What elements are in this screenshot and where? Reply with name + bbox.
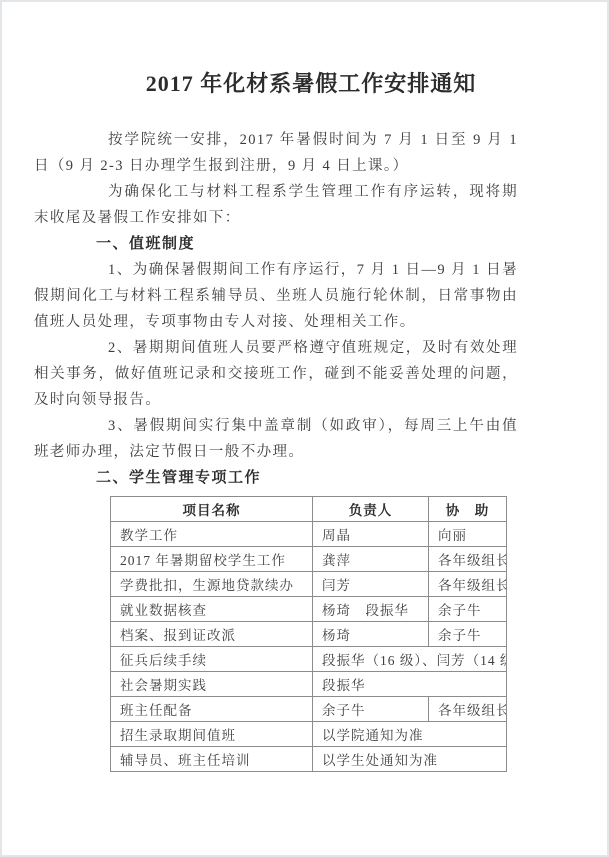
table-row: 教学工作 周晶 向丽 — [111, 522, 507, 547]
column-header-project: 项目名称 — [111, 497, 313, 522]
cell-lead: 杨琦 段振华 — [313, 597, 429, 622]
cell-assist: 余子牛 — [429, 622, 507, 647]
cell-assist: 各年级组长 — [429, 547, 507, 572]
cell-project: 2017 年暑期留校学生工作 — [111, 547, 313, 572]
cell-lead-merged: 以学生处通知为准 — [313, 747, 507, 772]
table-row: 档案、报到证改派 杨琦 余子牛 — [111, 622, 507, 647]
table-row: 班主任配备 余子牛 各年级组长 — [111, 697, 507, 722]
work-assignment-table: 项目名称 负责人 协 助 教学工作 周晶 向丽 2017 年暑期留校学生工作 龚… — [110, 496, 507, 772]
section1-item-3: 3、暑假期间实行集中盖章制（如政审），每周三上午由值班老师办理，法定节假日一般不… — [34, 413, 518, 465]
cell-project: 班主任配备 — [111, 697, 313, 722]
cell-project: 教学工作 — [111, 522, 313, 547]
cell-lead: 杨琦 — [313, 622, 429, 647]
cell-project: 社会暑期实践 — [111, 672, 313, 697]
cell-project: 辅导员、班主任培训 — [111, 747, 313, 772]
cell-assist: 向丽 — [429, 522, 507, 547]
cell-assist: 各年级组长 — [429, 697, 507, 722]
table-row: 社会暑期实践 段振华 — [111, 672, 507, 697]
cell-project: 档案、报到证改派 — [111, 622, 313, 647]
cell-lead: 余子牛 — [313, 697, 429, 722]
section2-heading: 二、学生管理专项工作 — [34, 465, 518, 491]
cell-lead-merged: 段振华 — [313, 672, 507, 697]
column-header-assist: 协 助 — [429, 497, 507, 522]
cell-lead-merged: 段振华（16 级）、闫芳（14 级） — [313, 647, 507, 672]
table-row: 征兵后续手续 段振华（16 级）、闫芳（14 级） — [111, 647, 507, 672]
table-row: 2017 年暑期留校学生工作 龚萍 各年级组长 — [111, 547, 507, 572]
cell-project: 学费批扣，生源地贷款续办 — [111, 572, 313, 597]
cell-project: 招生录取期间值班 — [111, 722, 313, 747]
table-header-row: 项目名称 负责人 协 助 — [111, 497, 507, 522]
cell-lead: 闫芳 — [313, 572, 429, 597]
document-title: 2017 年化材系暑假工作安排通知 — [104, 68, 518, 100]
cell-lead: 周晶 — [313, 522, 429, 547]
cell-lead: 龚萍 — [313, 547, 429, 572]
cell-lead-merged: 以学院通知为准 — [313, 722, 507, 747]
column-header-lead: 负责人 — [313, 497, 429, 522]
table-row: 学费批扣，生源地贷款续办 闫芳 各年级组长 — [111, 572, 507, 597]
table-row: 招生录取期间值班 以学院通知为准 — [111, 722, 507, 747]
table-row: 就业数据核查 杨琦 段振华 余子牛 — [111, 597, 507, 622]
section1-item-2: 2、暑期期间值班人员要严格遵守值班规定，及时有效处理相关事务，做好值班记录和交接… — [34, 335, 518, 413]
cell-assist: 余子牛 — [429, 597, 507, 622]
intro-paragraph-2: 为确保化工与材料工程系学生管理工作有序运转，现将期末收尾及暑假工作安排如下： — [34, 179, 518, 231]
cell-project: 征兵后续手续 — [111, 647, 313, 672]
cell-project: 就业数据核查 — [111, 597, 313, 622]
section1-heading: 一、值班制度 — [34, 231, 518, 257]
intro-paragraph-1: 按学院统一安排，2017 年暑假时间为 7 月 1 日至 9 月 1 日（9 月… — [34, 127, 518, 179]
document-page: 2017 年化材系暑假工作安排通知 按学院统一安排，2017 年暑假时间为 7 … — [0, 0, 609, 857]
cell-assist: 各年级组长 — [429, 572, 507, 597]
table-row: 辅导员、班主任培训 以学生处通知为准 — [111, 747, 507, 772]
section1-item-1: 1、为确保暑假期间工作有序运行，7 月 1 日—9 月 1 日暑假期间化工与材料… — [34, 257, 518, 335]
